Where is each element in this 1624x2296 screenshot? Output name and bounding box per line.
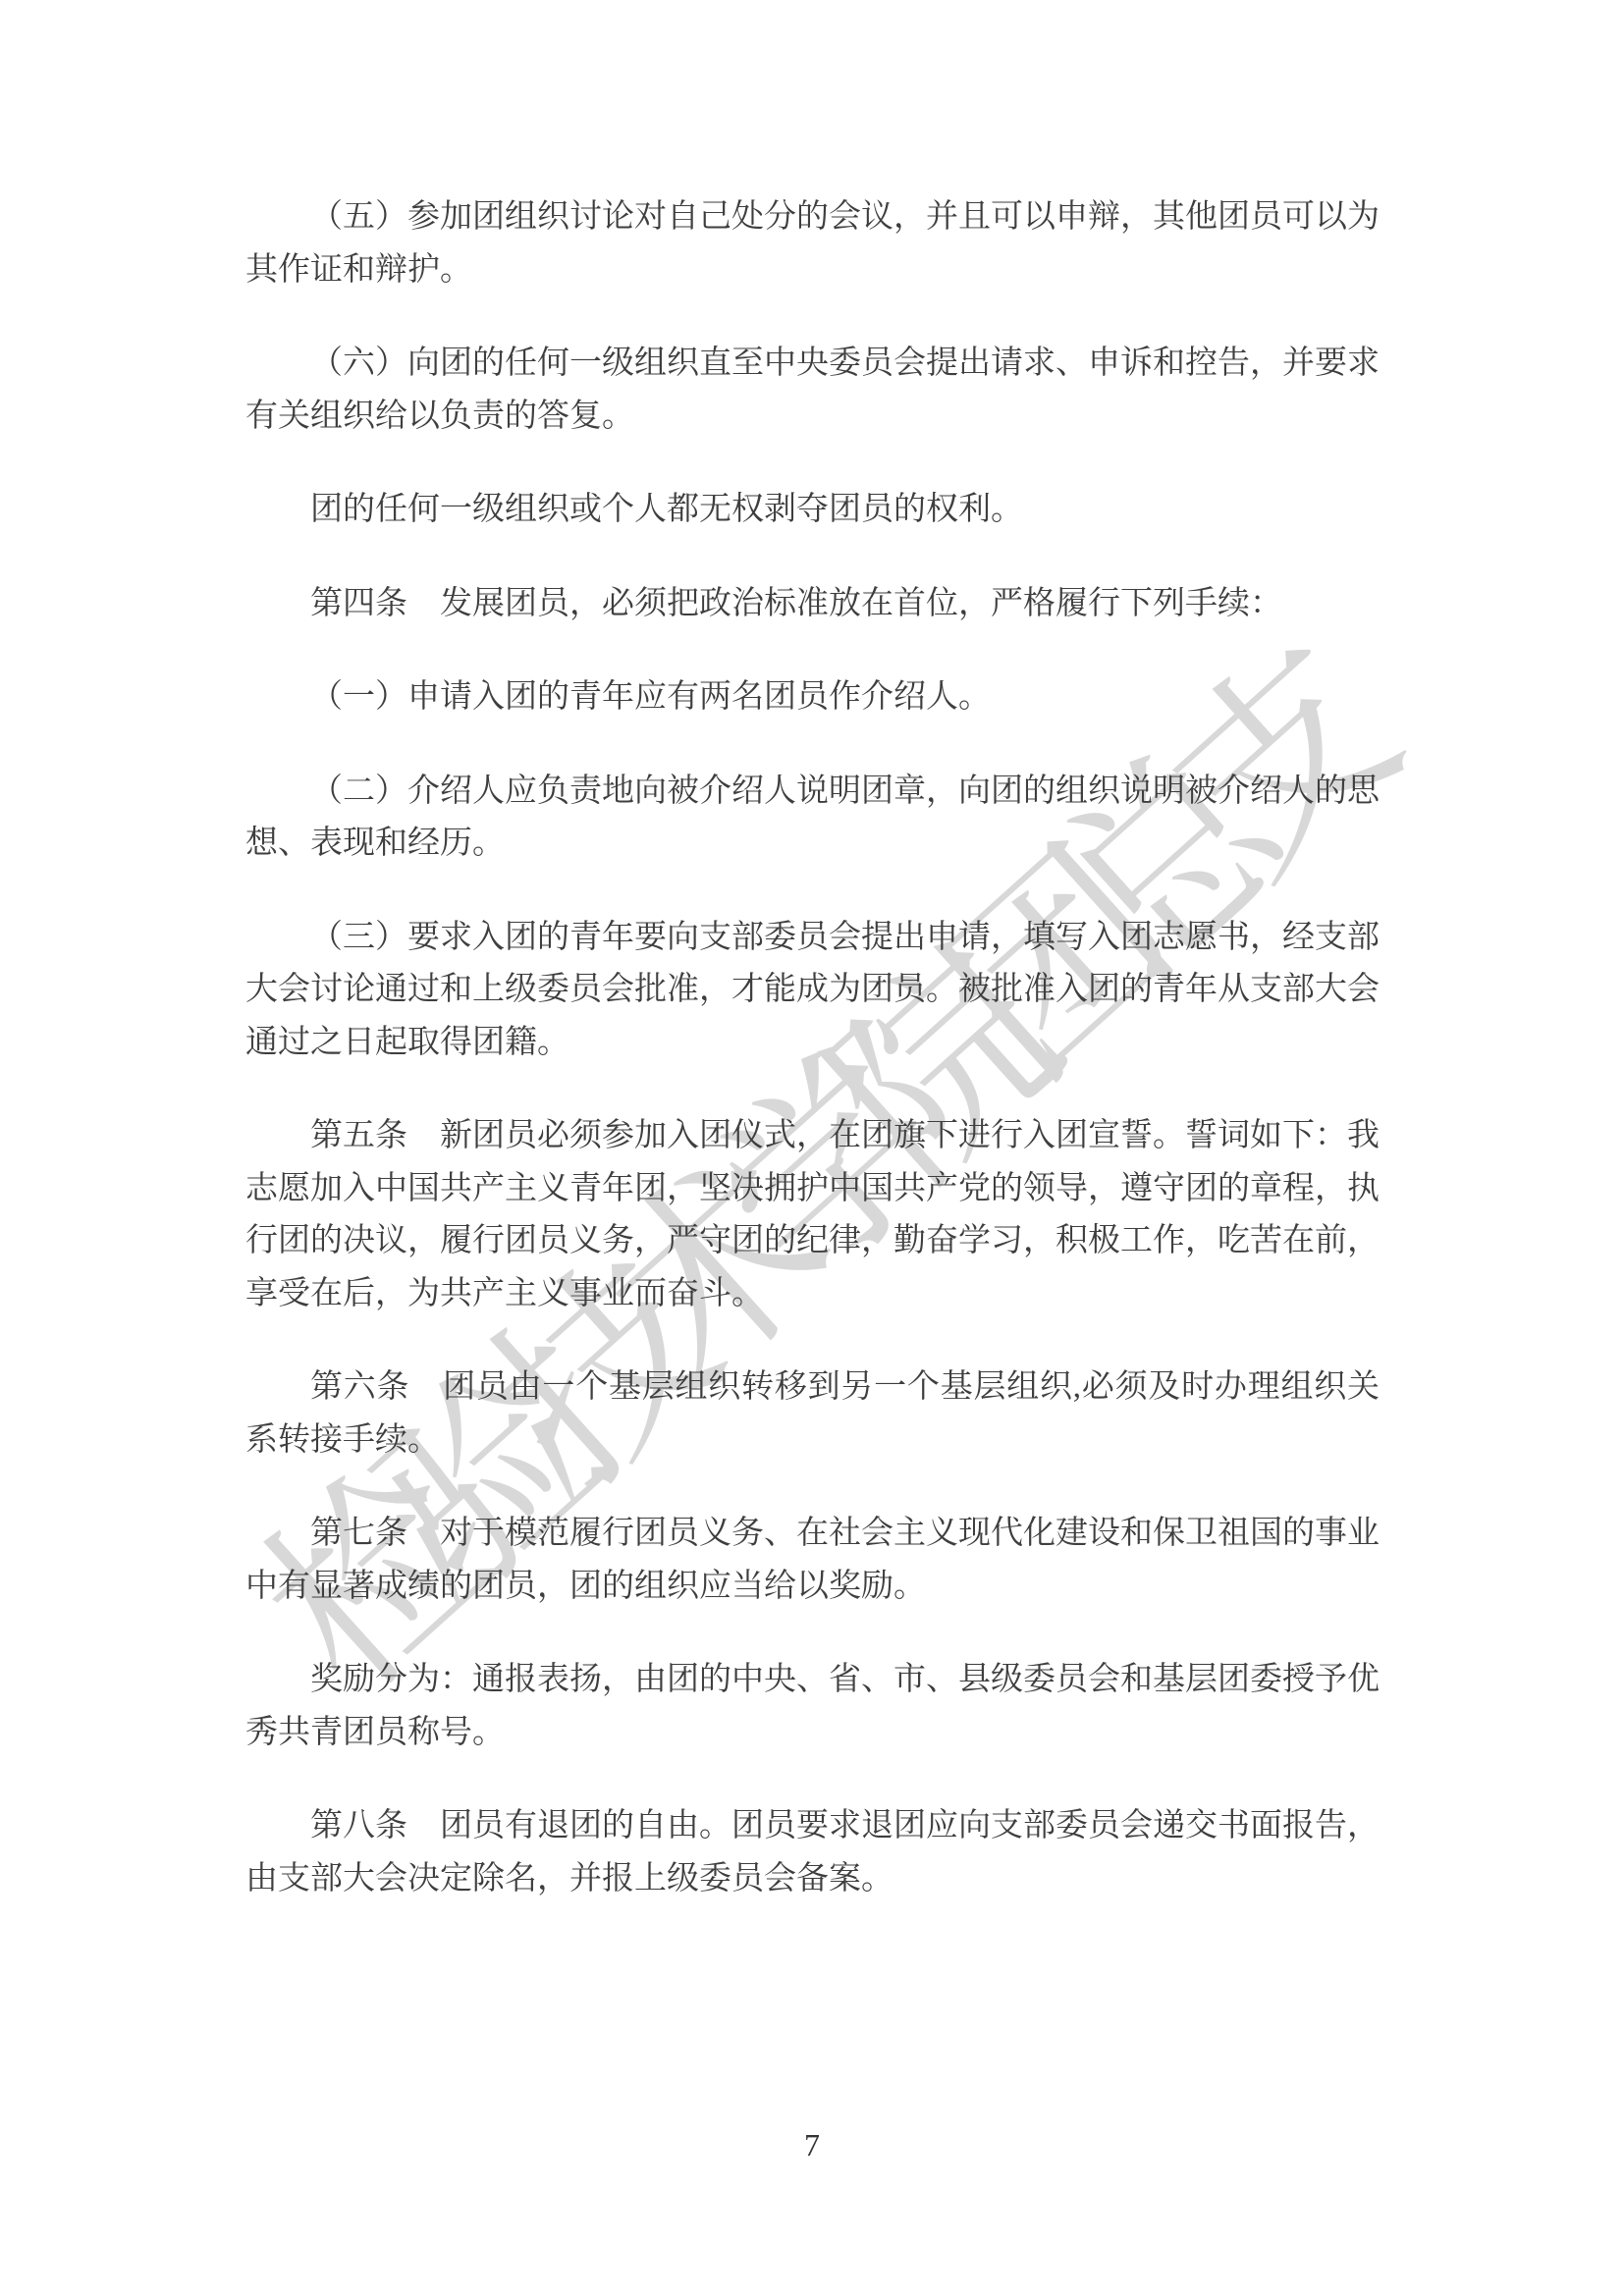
paragraph: （五）参加团组织讨论对自己处分的会议，并且可以申辩，其他团员可以为其作证和辩护。 [245,191,1380,296]
paragraph: （一）申请入团的青年应有两名团员作介绍人。 [245,671,1380,724]
document-body: （五）参加团组织讨论对自己处分的会议，并且可以申辩，其他团员可以为其作证和辩护。… [245,191,1380,1947]
paragraph: 奖励分为：通报表扬，由团的中央、省、市、县级委员会和基层团委授予优秀共青团员称号… [245,1654,1380,1759]
paragraph: 团的任何一级组织或个人都无权剥夺团员的权利。 [245,484,1380,537]
paragraph: 第五条 新团员必须参加入团仪式，在团旗下进行入团宣誓。誓词如下：我志愿加入中国共… [245,1110,1380,1320]
paragraph: 第四条 发展团员，必须把政治标准放在首位，严格履行下列手续： [245,578,1380,631]
paragraph: （六）向团的任何一级组织直至中央委员会提出请求、申诉和控告，并要求有关组织给以负… [245,338,1380,443]
page-number: 7 [0,2128,1624,2162]
paragraph: 第七条 对于模范履行团员义务、在社会主义现代化建设和保卫祖国的事业中有显著成绩的… [245,1508,1380,1613]
paragraph: 第六条 团员由一个基层组织转移到另一个基层组织,必须及时办理组织关系转接手续。 [245,1362,1380,1467]
paragraph: （二）介绍人应负责地向被介绍人说明团章，向团的组织说明被介绍人的思想、表现和经历… [245,766,1380,871]
document-page: 检验技术学院团总支 （五）参加团组织讨论对自己处分的会议，并且可以申辩，其他团员… [0,0,1624,2296]
paragraph: （三）要求入团的青年要向支部委员会提出申请，填写入团志愿书，经支部大会讨论通过和… [245,912,1380,1070]
paragraph: 第八条 团员有退团的自由。团员要求退团应向支部委员会递交书面报告，由支部大会决定… [245,1800,1380,1905]
